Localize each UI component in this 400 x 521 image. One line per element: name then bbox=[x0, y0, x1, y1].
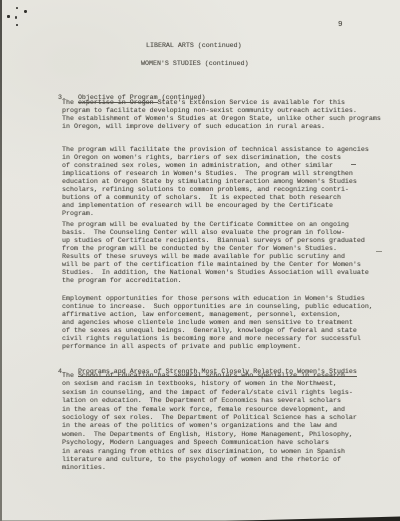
paragraph: The expertise in Oregon State's Extensio… bbox=[62, 98, 381, 130]
ink-speck bbox=[16, 7, 18, 9]
paragraph: The program will facilitate the provisio… bbox=[62, 145, 369, 217]
ink-speck bbox=[24, 10, 27, 13]
page-number: 9 bbox=[338, 21, 343, 29]
scanned-document-page: 9 LIBERAL ARTS (continued) WOMEN'S STUDI… bbox=[0, 0, 400, 521]
paragraph: The School of Education has several scho… bbox=[62, 371, 357, 472]
stray-dash-mark bbox=[376, 251, 382, 252]
document-header-line1: LIBERAL ARTS (continued) bbox=[146, 41, 242, 49]
document-header-line2: WOMEN'S STUDIES (continued) bbox=[141, 59, 249, 67]
paragraph: The program will be evaluated by the Cer… bbox=[62, 220, 369, 284]
paragraph: Employment opportunities for those perso… bbox=[62, 294, 373, 350]
ink-speck bbox=[16, 24, 18, 26]
ink-speck bbox=[15, 16, 17, 19]
ink-speck bbox=[7, 15, 10, 18]
scan-left-edge bbox=[0, 0, 2, 521]
